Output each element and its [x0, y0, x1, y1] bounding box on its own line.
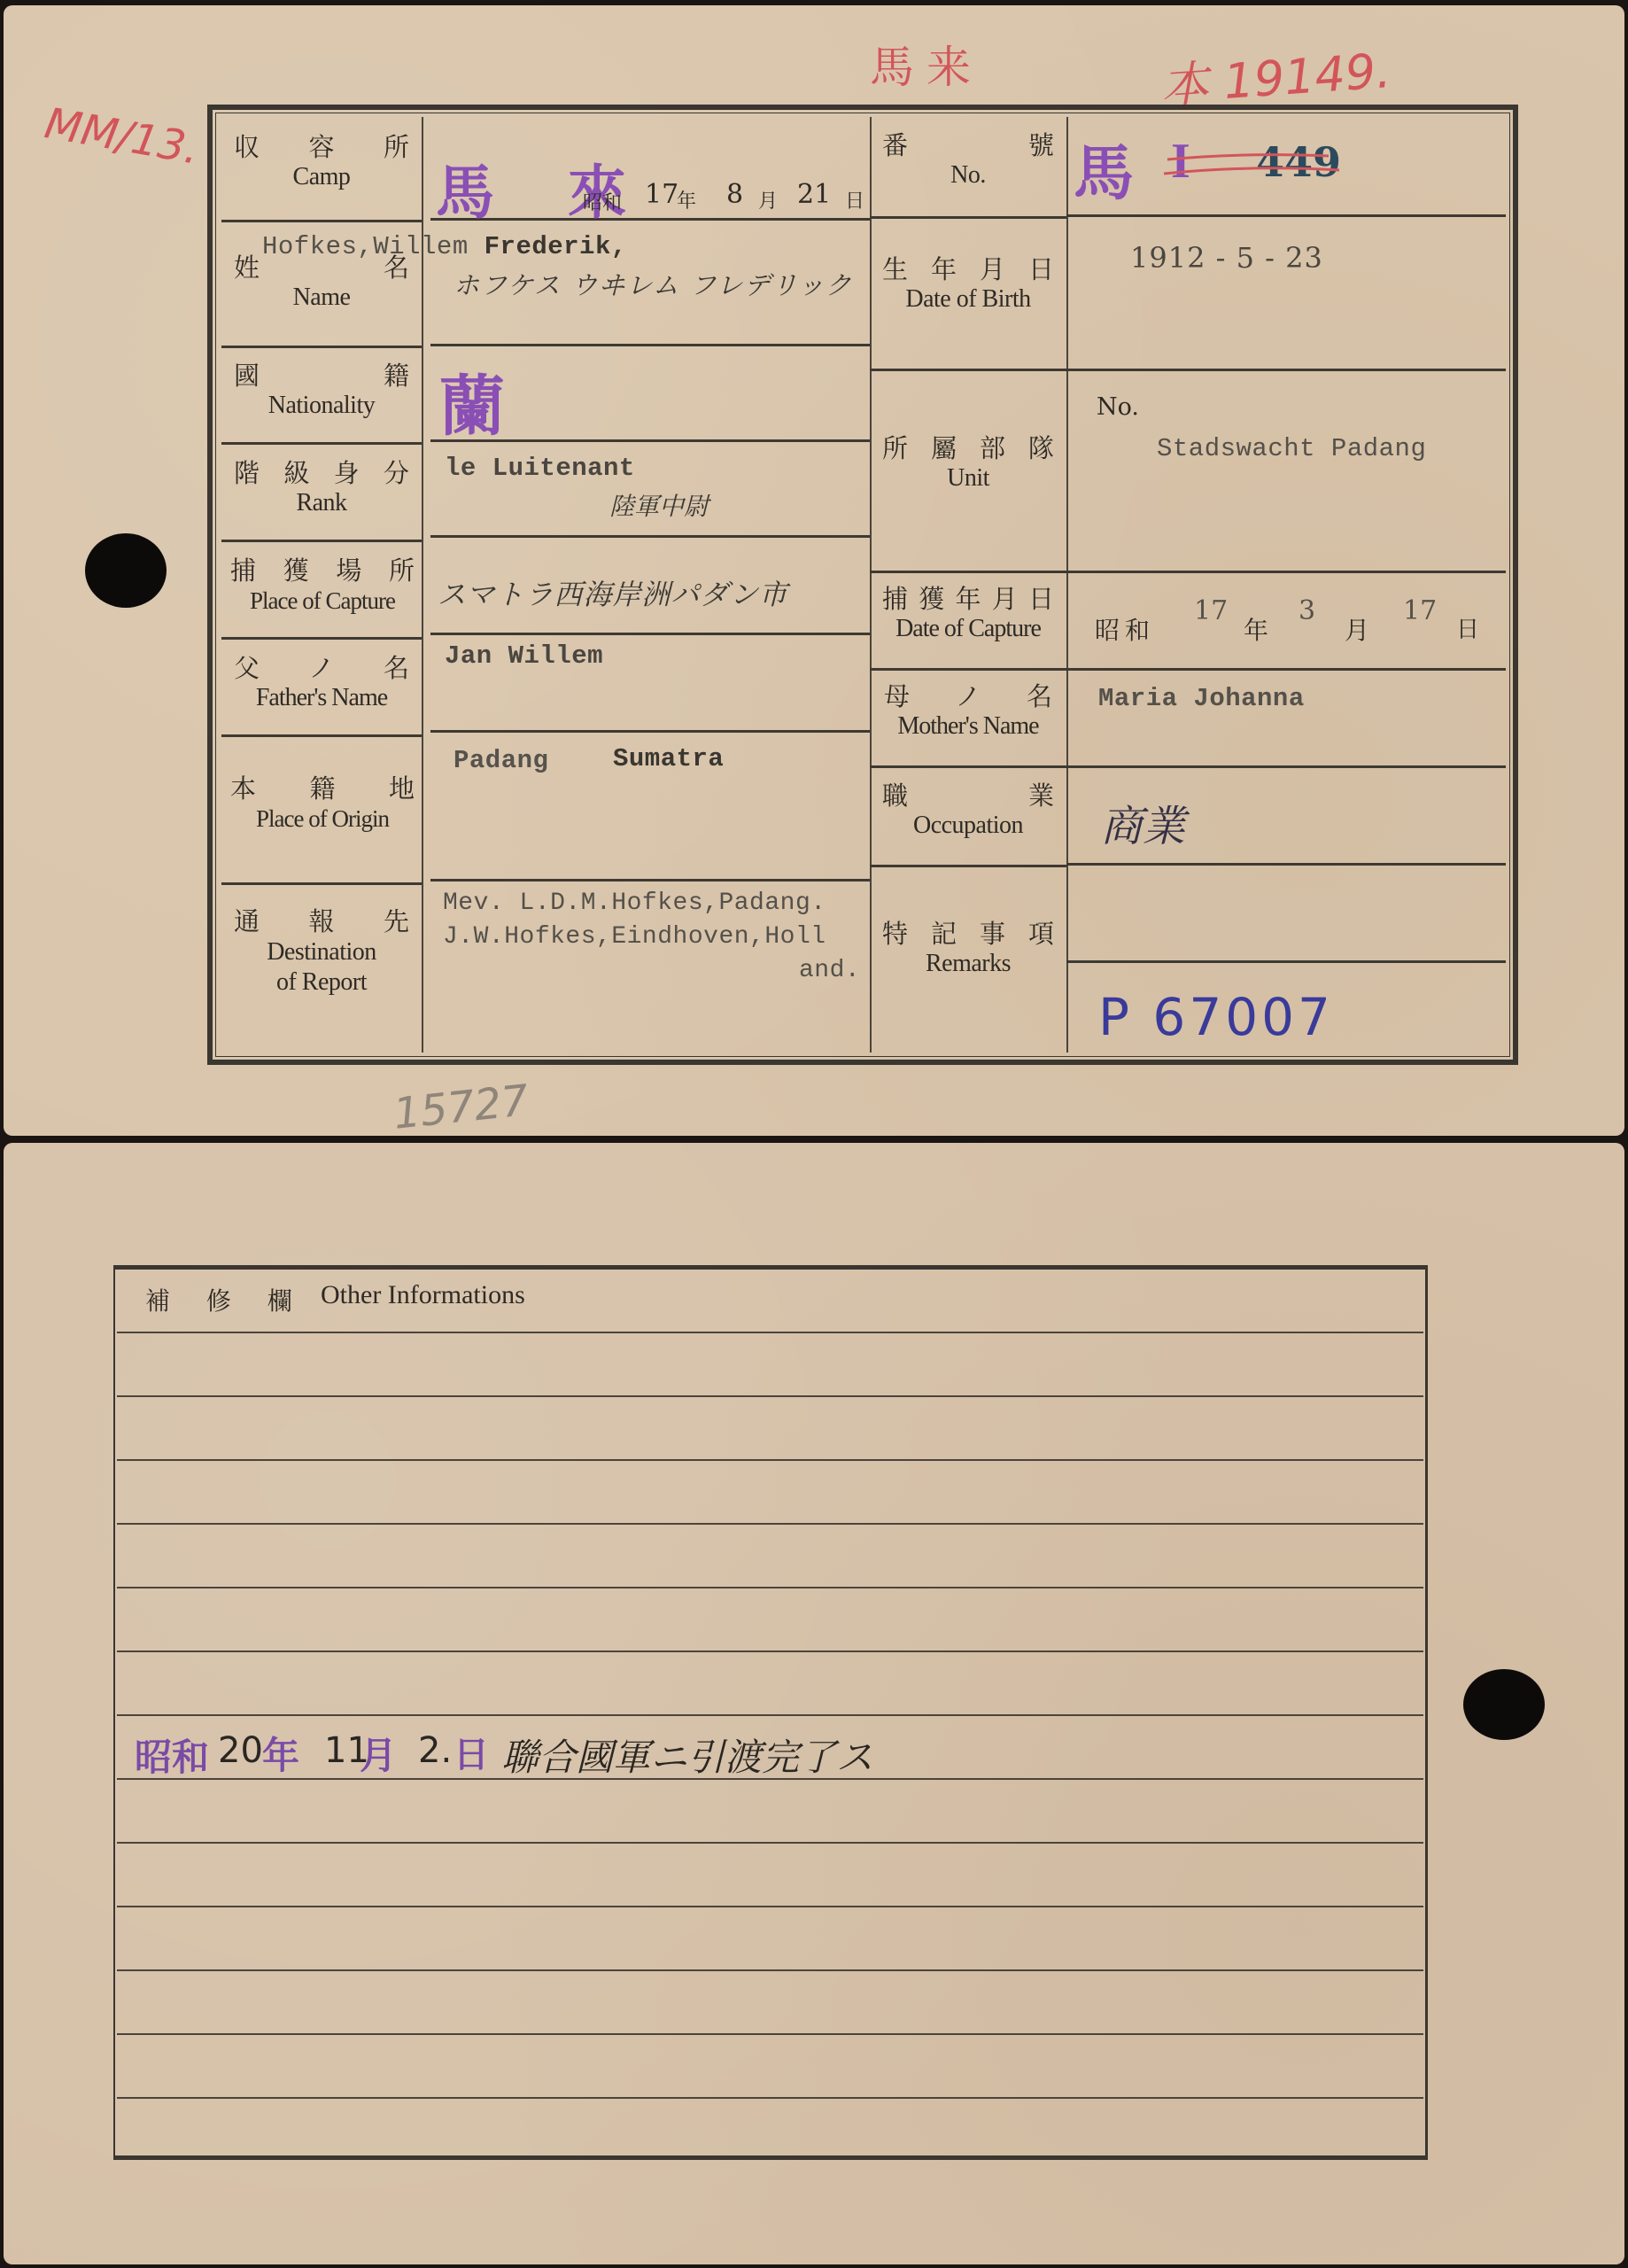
camp-date-month-unit: 月 — [758, 186, 778, 214]
destination-line-3: and. — [799, 957, 860, 984]
capture-date-day-unit: 日 — [1456, 611, 1479, 644]
record-form-front: 収容所 Camp 姓名 Name 國籍 Nationality 階級身分 Ran… — [207, 105, 1518, 1065]
entry-text: 聯合國軍ニ引渡完了ス — [501, 1728, 873, 1782]
divider — [1066, 863, 1506, 866]
number-stamp: 馬 — [1074, 126, 1134, 212]
divider — [1066, 571, 1506, 573]
divider — [1066, 765, 1506, 768]
divider — [221, 637, 422, 640]
entry-era-stamp: 昭和 — [135, 1728, 209, 1782]
other-info-header-jp: 補 修 欄 — [145, 1282, 306, 1317]
unit-value: Stadswacht Padang — [1157, 434, 1426, 463]
camp-date-month: 8 — [726, 179, 743, 210]
capture-date-day: 17 — [1403, 595, 1437, 626]
divider — [430, 344, 870, 346]
divider — [1066, 668, 1506, 671]
annotation-top-center: 馬来 — [870, 32, 983, 96]
ruled-line — [117, 1332, 1423, 1333]
divider — [221, 540, 422, 542]
camp-date-day-unit: 日 — [845, 186, 864, 214]
label-unit: 所屬部隊 Unit — [870, 432, 1066, 493]
remarks-value: P 67007 — [1098, 987, 1334, 1047]
divider — [1066, 960, 1506, 963]
other-info-header-en: Other Informations — [321, 1280, 525, 1310]
divider — [430, 879, 870, 882]
place-of-capture-value: スマトラ西海岸洲パダン市 — [438, 572, 788, 613]
label-fathers-name: 父ノ名 Father's Name — [221, 652, 422, 712]
entry-day-unit: 日 — [454, 1727, 489, 1777]
unit-number-label: No. — [1097, 393, 1139, 421]
ruled-line — [117, 1842, 1423, 1844]
date-of-birth-value: 1912 - 5 - 23 — [1130, 241, 1323, 275]
label-rank: 階級身分 Rank — [221, 457, 422, 517]
ruled-line — [117, 1523, 1423, 1525]
mother-name-value: Maria Johanna — [1098, 684, 1305, 713]
capture-date-month: 3 — [1299, 595, 1315, 626]
ruled-line — [117, 1969, 1423, 1971]
camp-date-year-unit: 年 — [677, 186, 696, 214]
capture-date-era: 昭和 — [1095, 611, 1155, 647]
ruled-line — [117, 1459, 1423, 1461]
annotation-pencil-number: 15727 — [391, 1076, 531, 1139]
divider — [870, 216, 1066, 219]
divider — [430, 730, 870, 733]
ruled-line — [117, 1651, 1423, 1652]
label-date-of-capture: 捕獲年月日 Date of Capture — [870, 583, 1066, 643]
label-date-of-birth: 生年月日 Date of Birth — [870, 253, 1066, 314]
name-katakana: ホフケス ウヰレム フレデリック — [454, 266, 853, 302]
strikethrough-icon — [1164, 145, 1341, 181]
divider — [870, 369, 1066, 371]
label-nationality: 國籍 Nationality — [221, 360, 422, 420]
label-place-of-capture: 捕獲場所 Place of Capture — [218, 555, 427, 615]
ruled-line — [117, 2033, 1423, 2035]
nationality-stamp: 蘭 — [439, 354, 505, 448]
entry-year-unit: 年 — [262, 1727, 299, 1780]
divider — [870, 865, 1066, 867]
divider — [430, 633, 870, 635]
rank-handwritten: 陸軍中尉 — [609, 487, 709, 523]
divider — [870, 668, 1066, 671]
entry-year: 20 — [218, 1730, 263, 1771]
ruled-line — [117, 1587, 1423, 1588]
label-remarks: 特記事項 Remarks — [870, 918, 1066, 978]
occupation-value: 商業 — [1100, 792, 1185, 853]
origin-city-value: Padang — [454, 746, 548, 775]
divider — [221, 220, 422, 222]
label-number: 番號 No. — [870, 129, 1066, 190]
label-place-of-origin: 本籍地 Place of Origin — [218, 773, 427, 833]
annotation-left-margin: MM/13. — [41, 98, 202, 175]
divider — [430, 535, 870, 538]
divider — [221, 346, 422, 348]
ruled-line — [117, 1714, 1423, 1716]
ruled-line — [117, 1906, 1423, 1907]
record-card-front: 馬来 本 19149. MM/13. — [4, 5, 1624, 1136]
ruled-line — [117, 1395, 1423, 1397]
capture-date-year: 17 — [1194, 595, 1228, 626]
entry-month-unit: 月 — [360, 1727, 397, 1780]
label-destination-of-report: 通報先 Destination of Report — [221, 905, 422, 998]
destination-line-1: Mev. L.D.M.Hofkes,Padang. — [443, 889, 826, 917]
camp-date-era: 昭和 — [583, 188, 622, 215]
ruled-line — [117, 2097, 1423, 2099]
name-typed: Hofkes,Willem Frederik, — [262, 232, 627, 261]
punch-hole-left — [85, 533, 167, 608]
capture-date-year-unit: 年 — [1244, 611, 1268, 647]
label-occupation: 職業 Occupation — [870, 780, 1066, 840]
divider — [1066, 369, 1506, 371]
entry-day: 2. — [418, 1730, 452, 1771]
label-mothers-name: 母ノ名 Mother's Name — [870, 680, 1066, 741]
destination-line-2: J.W.Hofkes,Eindhoven,Holl — [443, 923, 826, 951]
divider — [870, 765, 1066, 768]
divider — [221, 442, 422, 445]
label-camp: 収容所 Camp — [221, 131, 422, 191]
divider — [870, 571, 1066, 573]
camp-date-day: 21 — [797, 179, 831, 210]
divider — [221, 734, 422, 737]
origin-region-value: Sumatra — [613, 744, 724, 773]
punch-hole-right — [1463, 1669, 1545, 1740]
divider — [221, 882, 422, 885]
rank-typed: le Luitenant — [445, 454, 635, 483]
divider — [1066, 214, 1506, 217]
divider — [1066, 117, 1068, 1052]
camp-date-year: 17 — [645, 179, 678, 210]
capture-date-month-unit: 月 — [1345, 611, 1369, 647]
other-informations-form: 補 修 欄 Other Informations 昭和 20 年 11 月 2.… — [113, 1265, 1428, 2160]
father-name-value: Jan Willem — [445, 641, 603, 671]
